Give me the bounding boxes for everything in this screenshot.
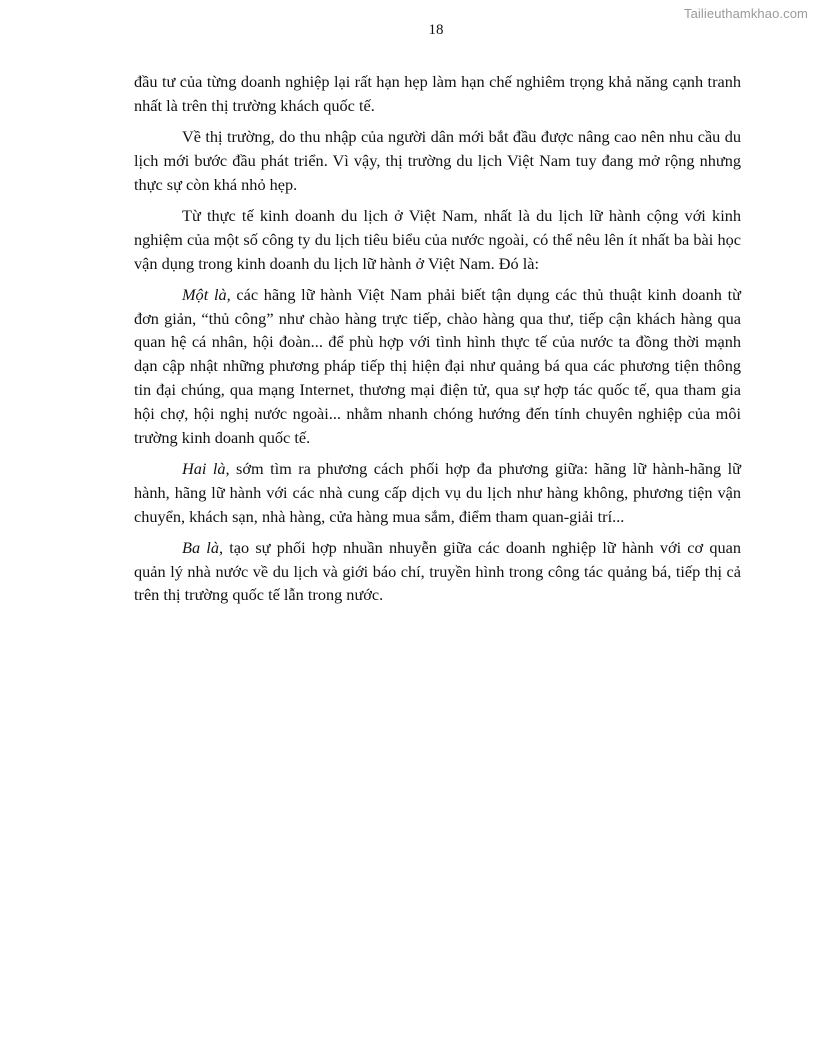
paragraph-lesson-two: Hai là, sớm tìm ra phương cách phối hợp … — [134, 457, 741, 528]
lesson-lead: Hai là, — [182, 459, 230, 478]
paragraph-continuation: đầu tư của từng doanh nghiệp lại rất hạn… — [134, 70, 741, 118]
watermark: Tailieuthamkhao.com — [684, 6, 808, 21]
paragraph-text: tạo sự phối hợp nhuần nhuyễn giữa các do… — [134, 538, 741, 605]
document-body: đầu tư của từng doanh nghiệp lại rất hạn… — [134, 70, 741, 615]
paragraph-text: Về thị trường, do thu nhập của người dân… — [134, 127, 741, 194]
page-number: 18 — [0, 22, 816, 39]
paragraph-lessons-intro: Từ thực tế kinh doanh du lịch ở Việt Nam… — [134, 204, 741, 275]
paragraph-lesson-one: Một là, các hãng lữ hành Việt Nam phải b… — [134, 283, 741, 450]
paragraph-lesson-three: Ba là, tạo sự phối hợp nhuần nhuyễn giữa… — [134, 536, 741, 607]
paragraph-market: Về thị trường, do thu nhập của người dân… — [134, 125, 741, 196]
paragraph-text: các hãng lữ hành Việt Nam phải biết tận … — [134, 285, 741, 447]
lesson-lead: Ba là, — [182, 538, 223, 557]
paragraph-text: Từ thực tế kinh doanh du lịch ở Việt Nam… — [134, 206, 741, 273]
paragraph-text: đầu tư của từng doanh nghiệp lại rất hạn… — [134, 72, 741, 115]
lesson-lead: Một là, — [182, 285, 231, 304]
